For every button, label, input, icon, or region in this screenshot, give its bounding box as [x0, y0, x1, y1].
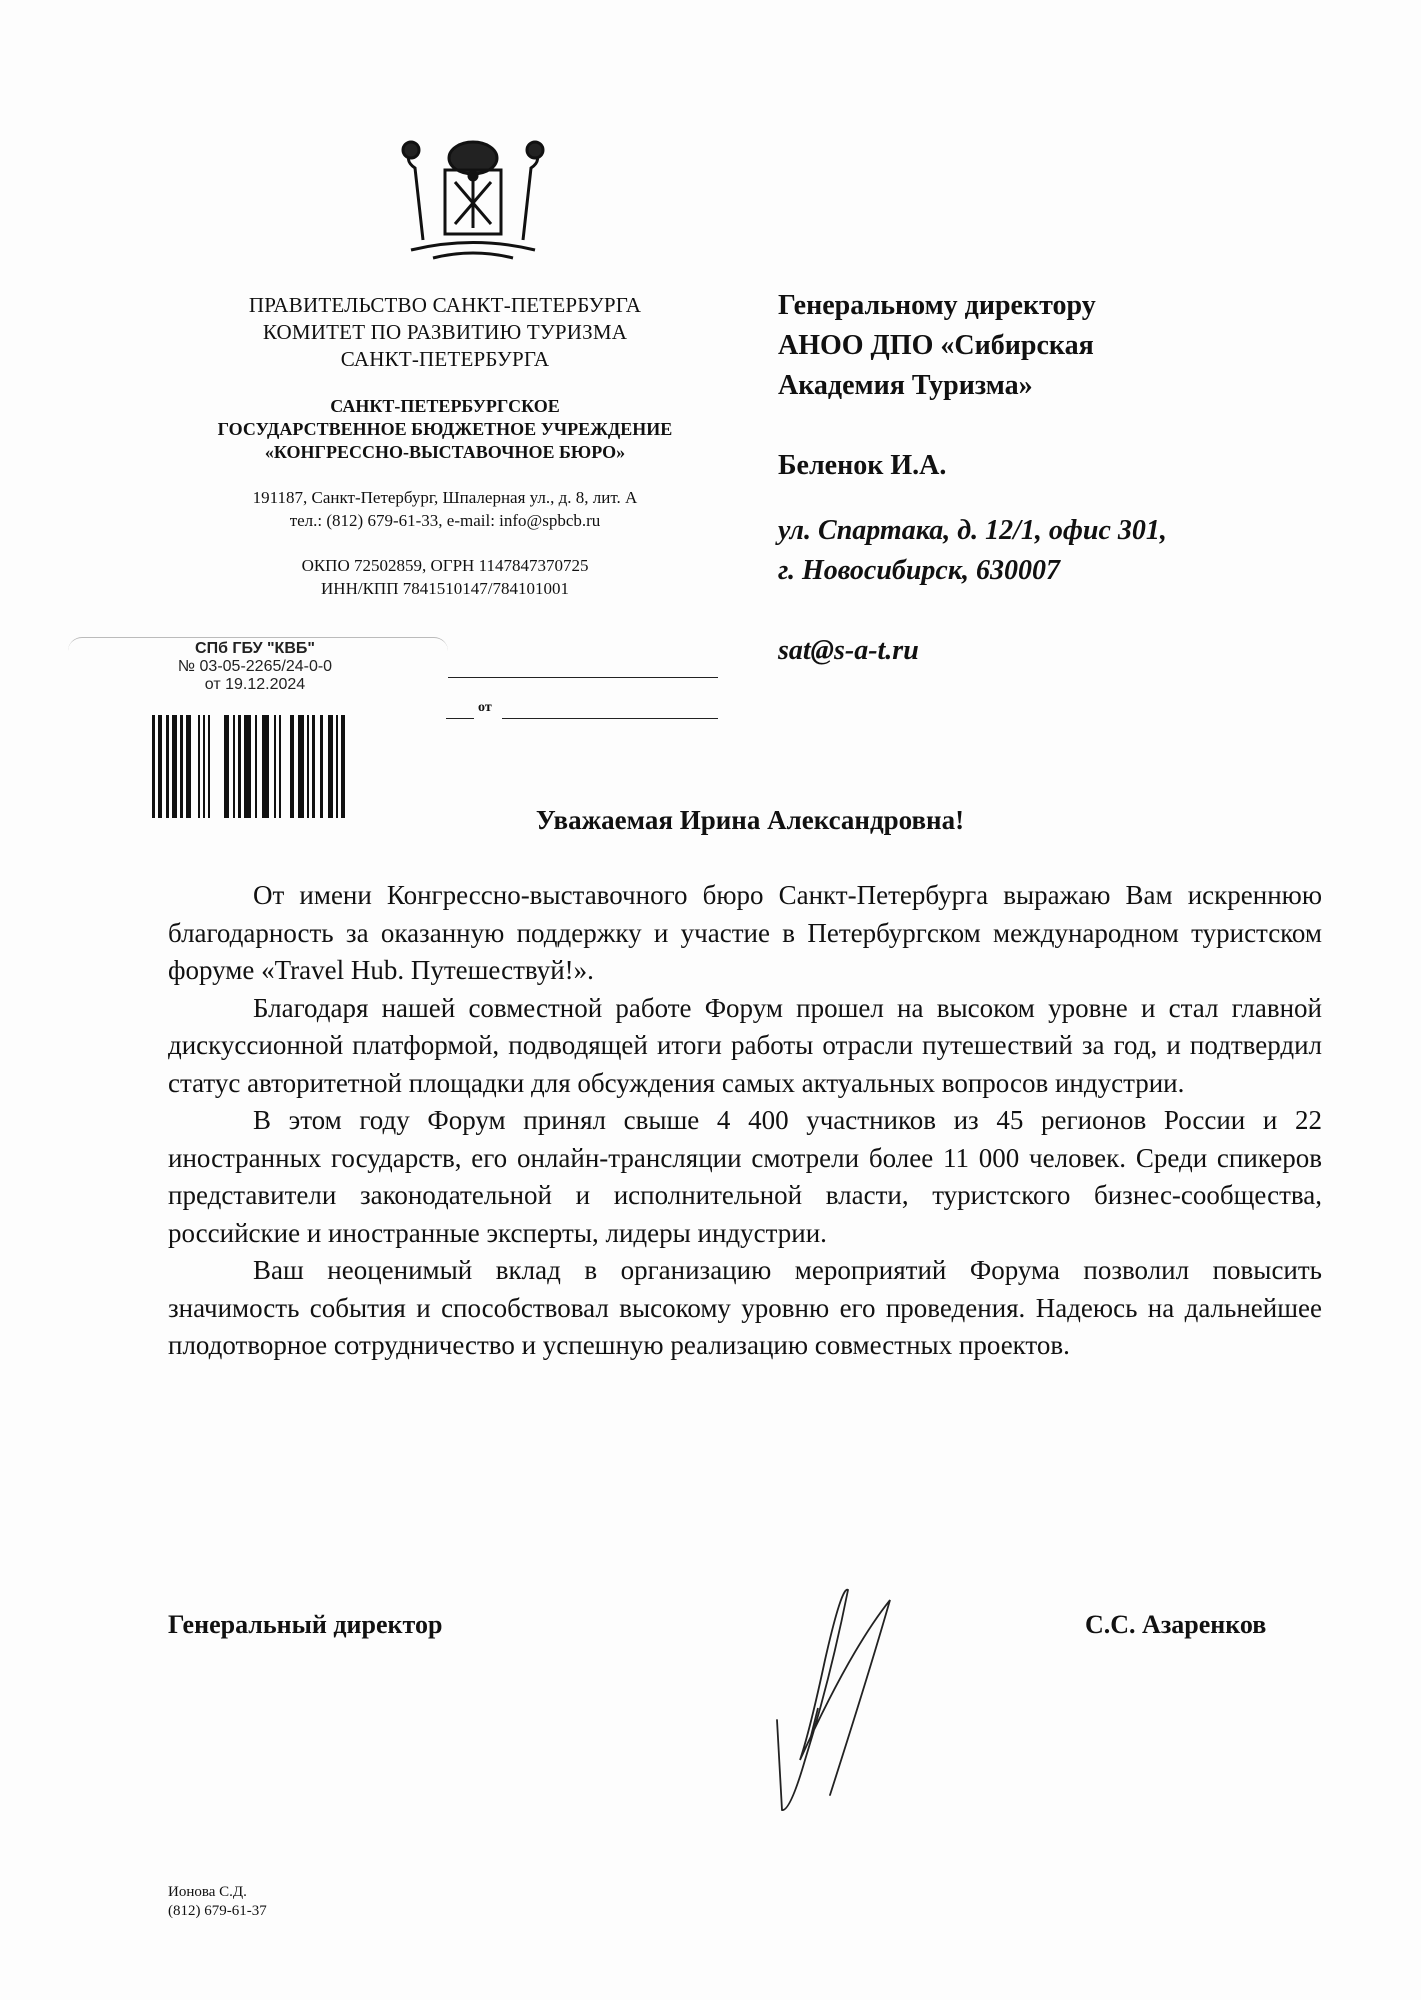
paragraph: Благодаря нашей совместной работе Форум …: [168, 990, 1322, 1103]
recipient-city: г. Новосибирск, 630007: [778, 551, 1298, 591]
recipient-name: Беленок И.А.: [778, 446, 1298, 486]
executor-block: Ионова С.Д. (812) 679-61-37: [168, 1883, 267, 1921]
letterhead: ПРАВИТЕЛЬСТВО САНКТ-ПЕТЕРБУРГА КОМИТЕТ П…: [160, 292, 730, 600]
recipient-position: Генеральному директору: [778, 286, 1298, 326]
registration-date-line: [502, 718, 718, 719]
registration-number-line: [448, 677, 718, 678]
recipient-address: ул. Спартака, д. 12/1, офис 301,: [778, 511, 1298, 551]
government-line: КОМИТЕТ ПО РАЗВИТИЮ ТУРИЗМА: [160, 319, 730, 346]
barcode-icon: [152, 715, 352, 818]
registry-line: ОКПО 72502859, ОГРН 1147847370725: [160, 554, 730, 577]
signer-title: Генеральный директор: [168, 1610, 442, 1640]
recipient-email: sat@s-a-t.ru: [778, 631, 1298, 671]
paragraph: Ваш неоценимый вклад в организацию мероп…: [168, 1252, 1322, 1365]
sticker-number: № 03-05-2265/24-0-0: [140, 658, 370, 676]
salutation: Уважаемая Ирина Александровна!: [160, 805, 1340, 836]
government-line: САНКТ-ПЕТЕРБУРГА: [160, 346, 730, 373]
recipient-organization: АНОО ДПО «Сибирская: [778, 326, 1298, 366]
recipient-organization: Академия Туризма»: [778, 366, 1298, 406]
institution-line: «КОНГРЕССНО-ВЫСТАВОЧНОЕ БЮРО»: [160, 441, 730, 464]
executor-phone: (812) 679-61-37: [168, 1902, 267, 1921]
contact-line: тел.: (812) 679-61-33, e-mail: info@spbc…: [160, 509, 730, 532]
registration-number-line-short: [446, 718, 474, 719]
signer-name: С.С. Азаренков: [1085, 1610, 1266, 1640]
recipient-block: Генеральному директору АНОО ДПО «Сибирск…: [778, 286, 1298, 671]
handwritten-signature-icon: [730, 1580, 930, 1820]
sticker-date: от 19.12.2024: [140, 676, 370, 694]
coat-of-arms-icon: [383, 140, 563, 280]
registration-from-label: от: [478, 700, 492, 716]
address-line: 191187, Санкт-Петербург, Шпалерная ул., …: [160, 486, 730, 509]
institution-line: ГОСУДАРСТВЕННОЕ БЮДЖЕТНОЕ УЧРЕЖДЕНИЕ: [160, 418, 730, 441]
registry-line: ИНН/КПП 7841510147/784101001: [160, 577, 730, 600]
institution-line: САНКТ-ПЕТЕРБУРГСКОЕ: [160, 395, 730, 418]
paragraph: В этом году Форум принял свыше 4 400 уча…: [168, 1102, 1322, 1252]
government-line: ПРАВИТЕЛЬСТВО САНКТ-ПЕТЕРБУРГА: [160, 292, 730, 319]
paragraph: От имени Конгрессно-выставочного бюро Са…: [168, 877, 1322, 990]
executor-name: Ионова С.Д.: [168, 1883, 267, 1902]
sticker-org: СПб ГБУ "КВБ": [140, 640, 370, 658]
registration-sticker-text: СПб ГБУ "КВБ" № 03-05-2265/24-0-0 от 19.…: [140, 640, 370, 694]
letter-body: От имени Конгрессно-выставочного бюро Са…: [168, 877, 1322, 1365]
